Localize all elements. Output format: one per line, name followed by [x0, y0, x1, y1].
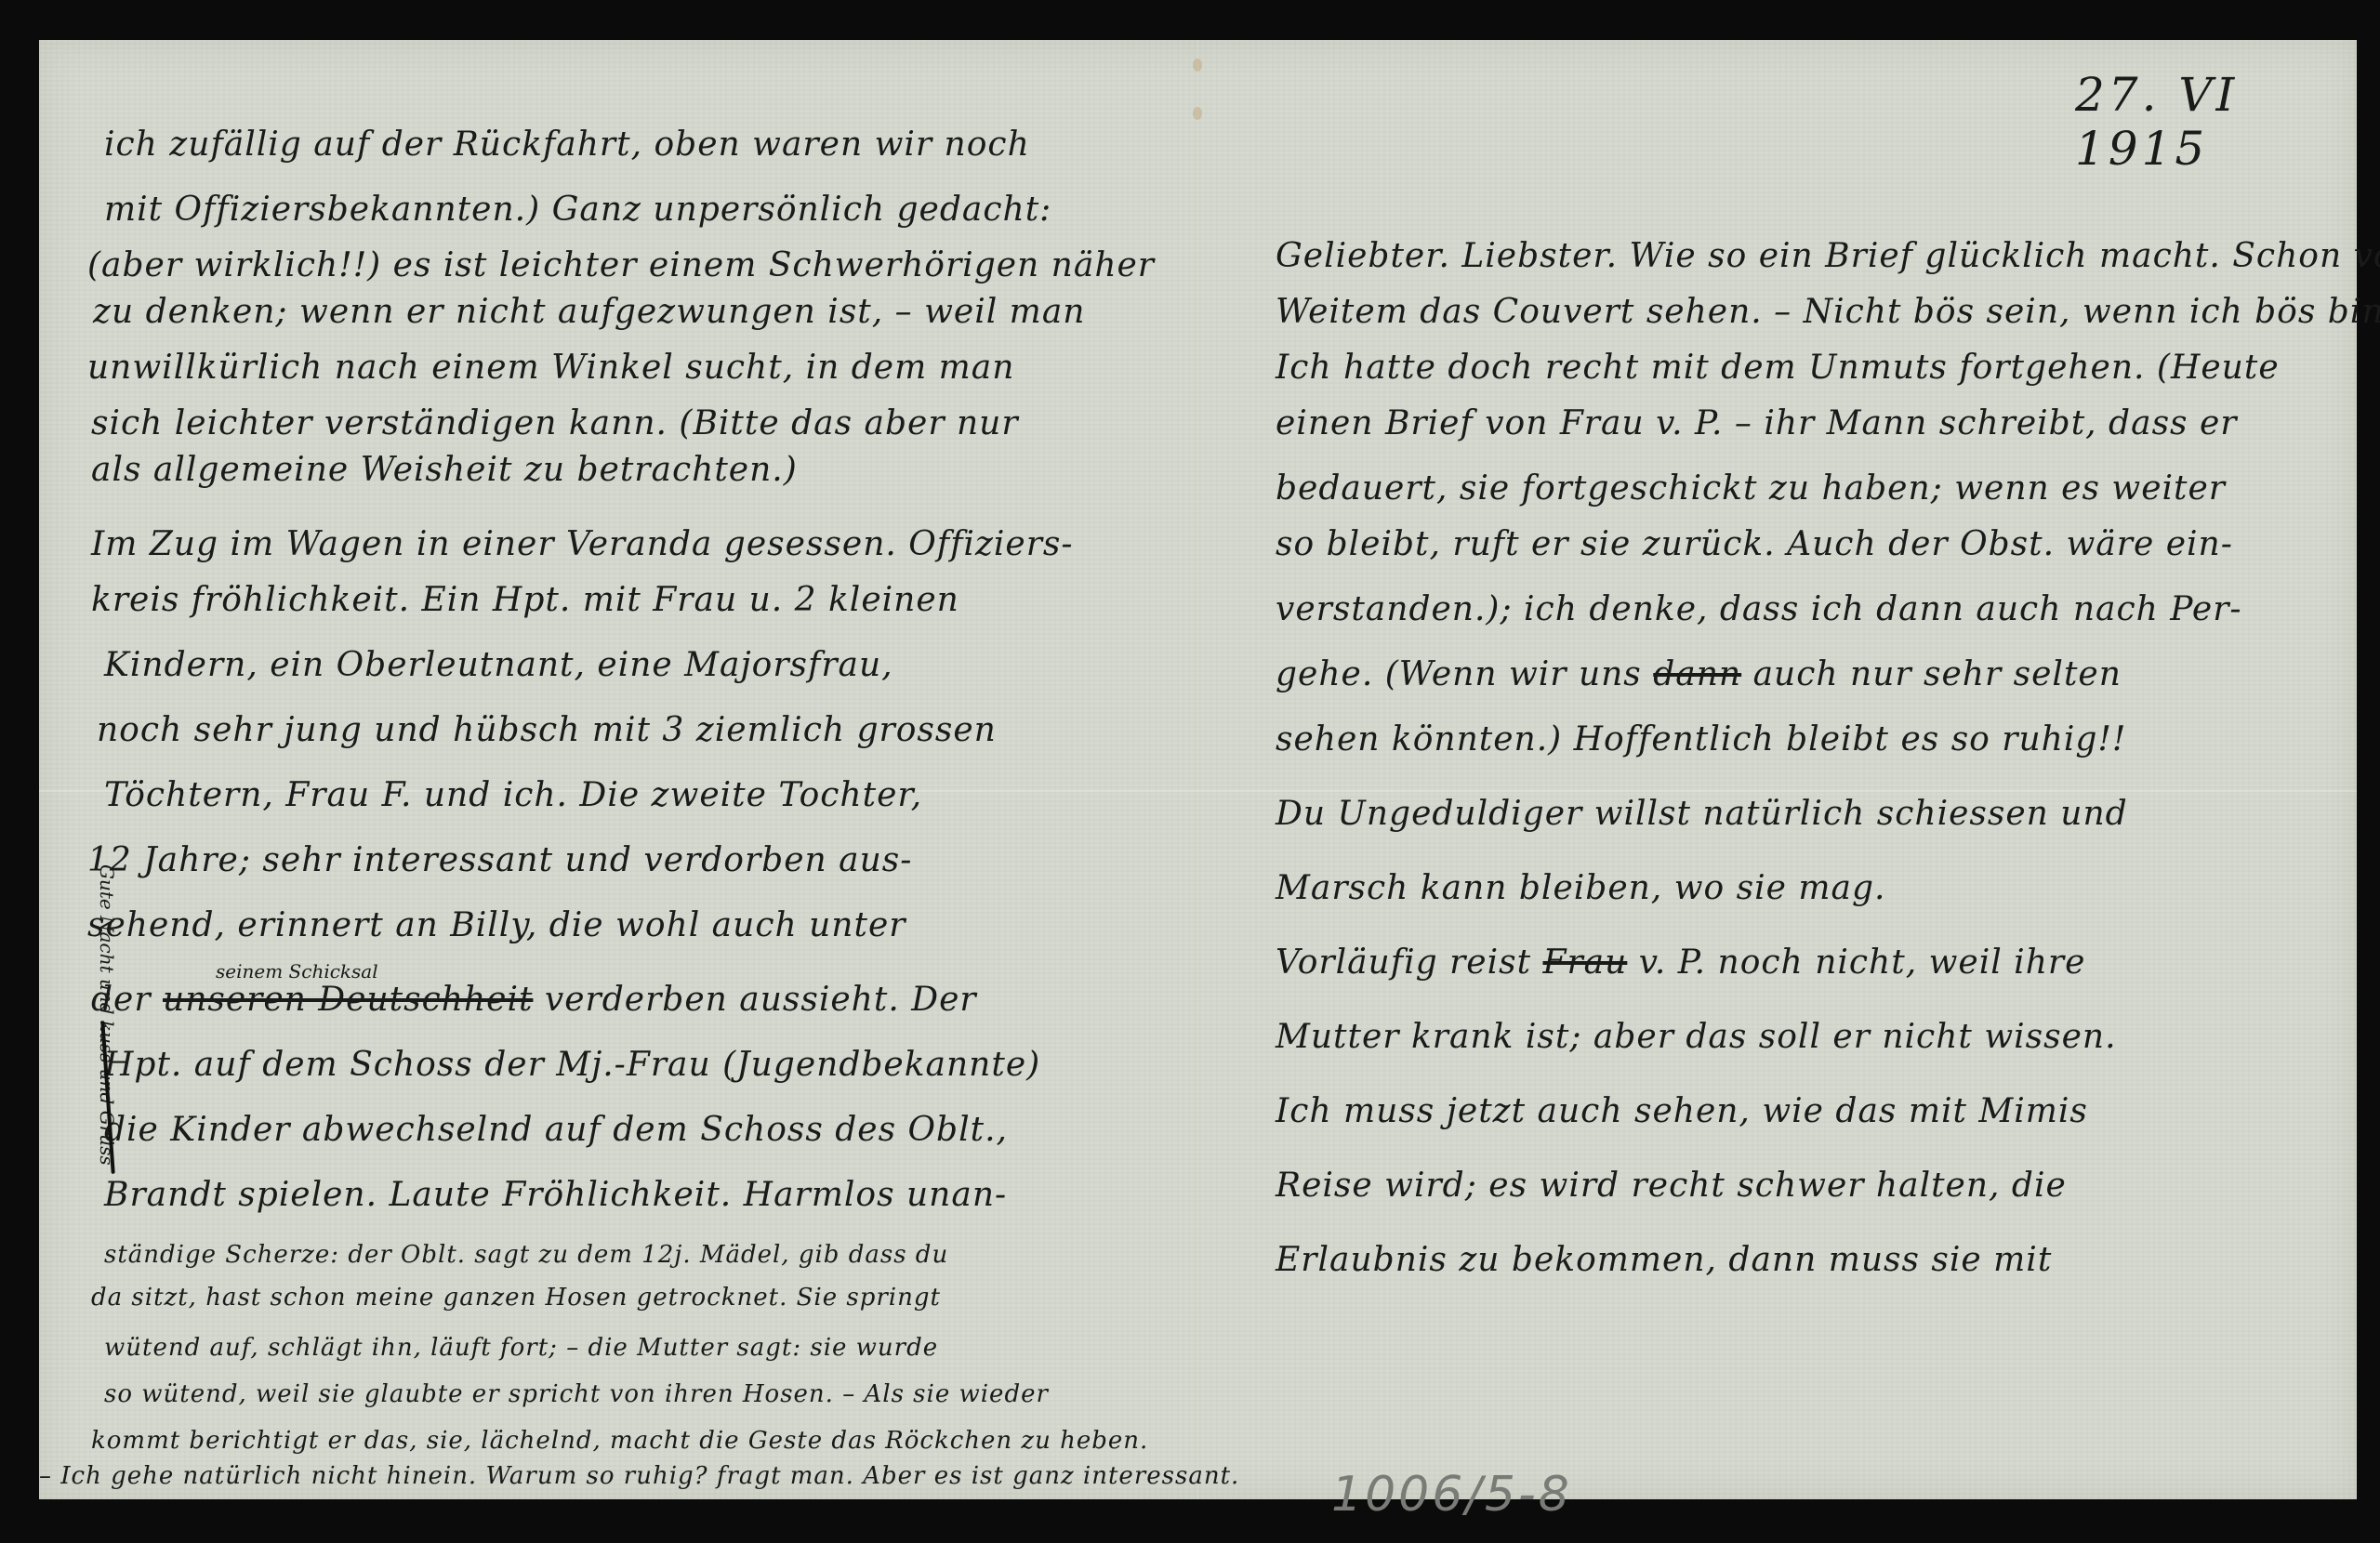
left-line-22: so wütend, weil sie glaubte er spricht v… — [104, 1380, 1049, 1408]
right-line-13: Mutter krank ist; aber das soll er nicht… — [1276, 1018, 2117, 1056]
right-line-7: verstanden.); ich denke, dass ich dann a… — [1276, 590, 2242, 628]
right-line-3: Ich hatte doch recht mit dem Unmuts fort… — [1276, 349, 2280, 387]
right-line-9: sehen könnten.) Hoffentlich bleibt es so… — [1276, 720, 2126, 758]
fold-stain — [1193, 59, 1202, 72]
left-line-7: als allgemeine Weisheit zu betrachten.) — [91, 451, 798, 489]
right-line-8: gehe. (Wenn wir uns dann auch nur sehr s… — [1276, 655, 2122, 693]
left-line-21: wütend auf, schlägt ihn, läuft fort; – d… — [104, 1334, 938, 1362]
right-line-16: Erlaubnis zu bekommen, dann muss sie mit — [1276, 1241, 2052, 1279]
left-line-3: (aber wirklich!!) es ist leichter einem … — [87, 246, 1155, 284]
left-line-6: sich leichter verständigen kann. (Bitte … — [91, 404, 1019, 442]
right-line-11: Marsch kann bleiben, wo sie mag. — [1276, 869, 1885, 907]
margin-note: Gute Nacht und kuss und Grüss — [84, 867, 139, 1174]
left-line-10: Kindern, ein Oberleutnant, eine Majorsfr… — [104, 646, 893, 684]
left-line-1: ich zufällig auf der Rückfahrt, oben war… — [104, 125, 1030, 164]
right-line-5: bedauert, sie fortgeschickt zu haben; we… — [1276, 469, 2226, 508]
left-line-11: noch sehr jung und hübsch mit 3 ziemlich… — [97, 711, 997, 749]
archive-number: 1006/5-8 — [1331, 1467, 1572, 1523]
center-fold — [1197, 40, 1199, 1499]
left-line-15: der unseren Deutschheit verderben aussie… — [91, 981, 977, 1019]
left-line-8: Im Zug im Wagen in einer Veranda gesesse… — [91, 525, 1074, 563]
left-line-4: zu denken; wenn er nicht aufgezwungen is… — [93, 293, 1085, 331]
struck-text: unseren Deutschheit — [163, 981, 533, 1019]
margin-note-text: Gute Nacht und kuss und Grüss — [96, 864, 118, 1171]
insertion-seinem-schicksal: seinem Schicksal — [216, 960, 378, 983]
struck-text: Frau — [1542, 943, 1627, 982]
left-line-24: – Ich gehe natürlich nicht hinein. Warum… — [39, 1462, 1239, 1490]
left-line-20: da sitzt, hast schon meine ganzen Hosen … — [91, 1284, 941, 1312]
left-line-2: mit Offiziersbekannten.) Ganz unpersönli… — [104, 191, 1051, 229]
left-line-12: Töchtern, Frau F. und ich. Die zweite To… — [104, 776, 922, 814]
left-line-18: Brandt spielen. Laute Fröhlichkeit. Harm… — [104, 1176, 1007, 1214]
right-line-2: Weitem das Couvert sehen. – Nicht bös se… — [1276, 293, 2380, 331]
right-line-14: Ich muss jetzt auch sehen, wie das mit M… — [1276, 1092, 2088, 1130]
left-line-23: kommt berichtigt er das, sie, lächelnd, … — [91, 1427, 1148, 1455]
letter-date: 27. VI 1915 — [2075, 68, 2357, 176]
left-line-9: kreis fröhlichkeit. Ein Hpt. mit Frau u.… — [91, 581, 959, 619]
fold-stain — [1193, 107, 1202, 120]
left-line-19: ständige Scherze: der Oblt. sagt zu dem … — [104, 1241, 948, 1269]
struck-text: dann — [1653, 655, 1741, 693]
letter-sheet: ich zufällig auf der Rückfahrt, oben war… — [39, 40, 2357, 1499]
right-line-10: Du Ungeduldiger willst natürlich schiess… — [1276, 795, 2128, 833]
left-line-14: sehend, erinnert an Billy, die wohl auch… — [87, 906, 906, 944]
right-line-4: einen Brief von Frau v. P. – ihr Mann sc… — [1276, 404, 2237, 442]
left-line-17: die Kinder abwechselnd auf dem Schoss de… — [104, 1111, 1008, 1149]
right-line-6: so bleibt, ruft er sie zurück. Auch der … — [1276, 525, 2233, 563]
left-line-13: 12 Jahre; sehr interessant und verdorben… — [87, 841, 912, 879]
right-line-1: Geliebter. Liebster. Wie so ein Brief gl… — [1276, 237, 2380, 275]
right-line-12: Vorläufig reist Frau v. P. noch nicht, w… — [1276, 943, 2085, 982]
left-line-16: Hpt. auf dem Schoss der Mj.-Frau (Jugend… — [104, 1046, 1040, 1084]
right-line-15: Reise wird; es wird recht schwer halten,… — [1276, 1167, 2067, 1205]
left-line-5: unwillkürlich nach einem Winkel sucht, i… — [87, 349, 1014, 387]
